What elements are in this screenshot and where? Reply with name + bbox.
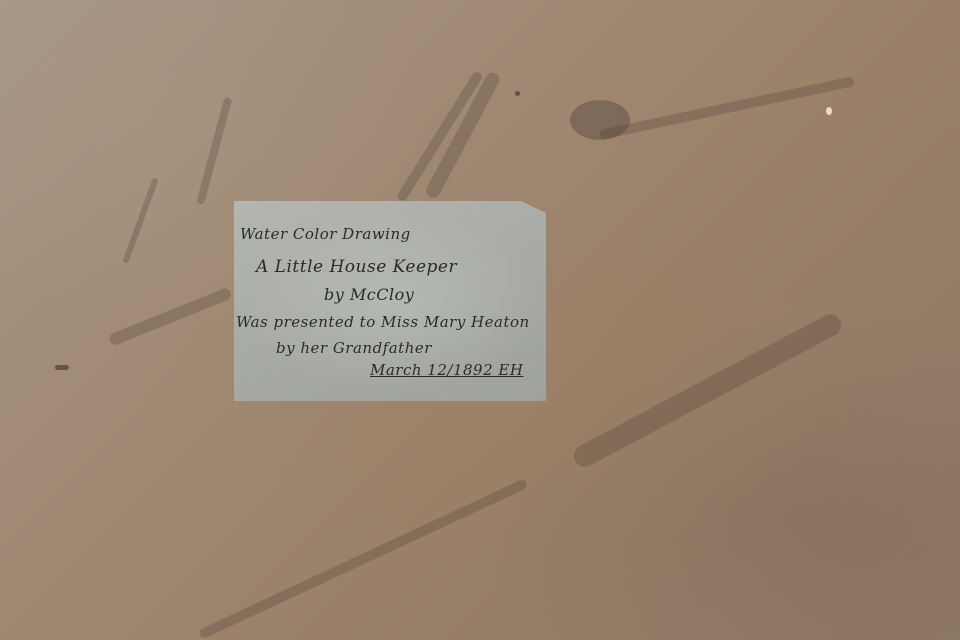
nail-hole: [515, 91, 520, 96]
stain-streak: [196, 97, 232, 205]
stain-streak: [198, 478, 528, 639]
stain-streak: [599, 76, 855, 140]
label-line-giver: by her Grandfather: [276, 339, 432, 357]
label-line-presented: Was presented to Miss Mary Heaton: [236, 313, 530, 331]
label-line-title: Water Color Drawing: [240, 225, 411, 243]
light-speck: [826, 107, 832, 115]
label-line-date: March 12/1892 EH: [370, 361, 523, 379]
stain-streak: [122, 177, 158, 264]
label-line-artwork-name: A Little House Keeper: [256, 257, 457, 277]
stain-blot: [570, 100, 630, 140]
stain-streak: [570, 310, 845, 470]
label-line-artist: by McCloy: [324, 285, 414, 304]
nail-hole: [55, 365, 69, 370]
handwritten-label: Water Color Drawing A Little House Keepe…: [234, 201, 546, 401]
stain-streak: [108, 287, 233, 347]
